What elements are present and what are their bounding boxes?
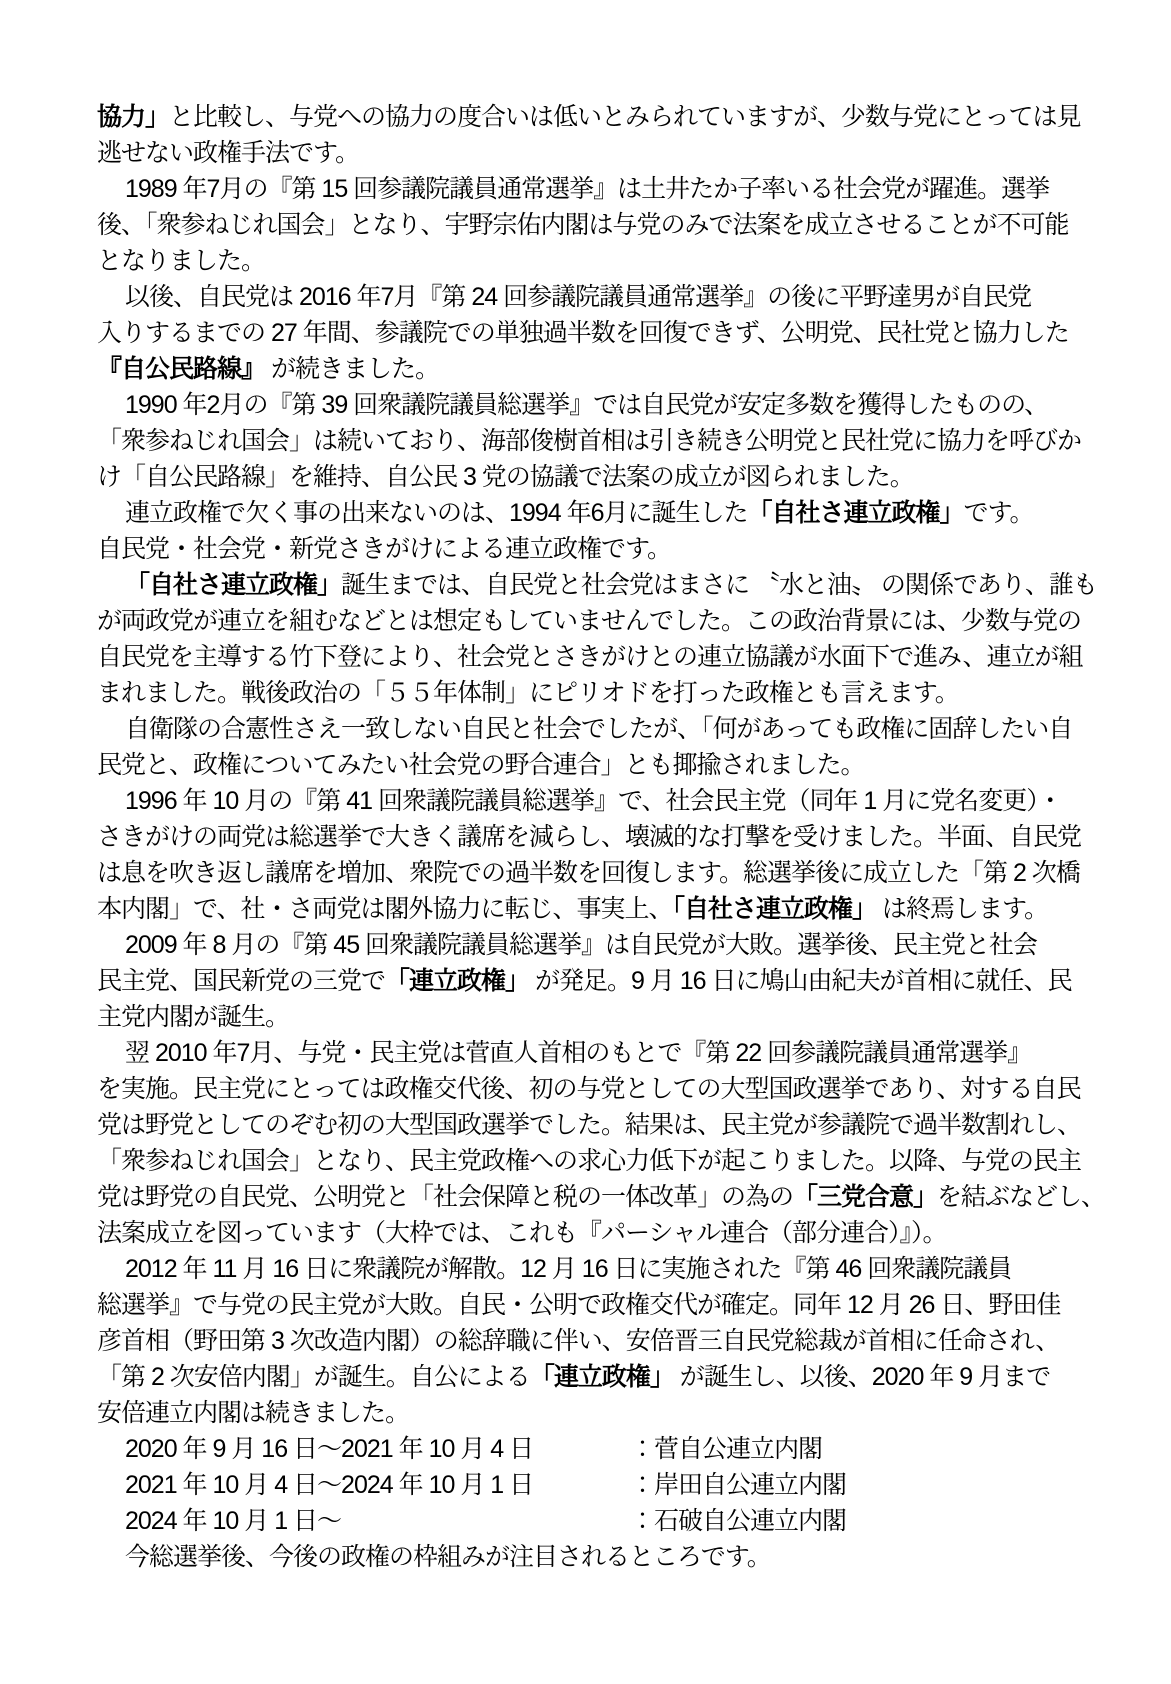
text-line: け「自公民路線」を維持、自公民 3 党の協議で法案の成立が図られました。	[97, 459, 1117, 495]
text-segment: 自民党を主導する竹下登により、社会党とさきがけとの連立協議が水面下で進み、連立が…	[97, 643, 1083, 671]
text-segment: 2012 年 11 月 16 日に衆議院が解散。12 月 16 日に実施された『…	[125, 1255, 1011, 1283]
text-line: は息を吹き返し議席を増加、衆院での過半数を回復します。総選挙後に成立した「第 2…	[97, 855, 1117, 891]
text-segment: は終焉します。	[876, 895, 1048, 923]
text-segment: が両政党が連立を組むなどとは想定もしていませんでした。この政治背景には、少数与党…	[97, 607, 1081, 635]
text-line: 2009 年 8 月の『第 45 回衆議院議員総選挙』は自民党が大敗。選挙後、民…	[97, 927, 1117, 963]
text-segment: 1990 年2月の『第 39 回衆議院議員総選挙』では自民党が安定多数を獲得した…	[125, 391, 1048, 419]
text-line: 1990 年2月の『第 39 回衆議院議員総選挙』では自民党が安定多数を獲得した…	[97, 387, 1117, 423]
text-segment: 自衛隊の合憲性さえ一致しない自民と社会でしたが、「何があっても政権に固辞したい自	[125, 715, 1072, 743]
text-segment: 自民党・社会党・新党さきがけによる連立政権です。	[97, 535, 671, 563]
timeline-line: 2024 年 10 月 1 日～：石破自公連立内閣	[97, 1503, 1117, 1539]
text-line: 「衆参ねじれ国会」は続いており、海部俊樹首相は引き続き公明党と民社党に協力を呼び…	[97, 423, 1117, 459]
text-segment: 連立政権で欠く事の出来ないのは、1994 年6月に誕生した	[125, 499, 747, 527]
text-line: を実施。民主党にとっては政権交代後、初の与党としての大型国政選挙であり、対する自…	[97, 1071, 1117, 1107]
text-line: まれました。戦後政治の「５５年体制」にピリオドを打った政権とも言えます。	[97, 675, 1117, 711]
text-line: 自民党・社会党・新党さきがけによる連立政権です。	[97, 531, 1117, 567]
bold-term: 「自社さ連立政権」	[747, 499, 963, 527]
text-segment: が続きました。	[265, 355, 439, 383]
text-line: 1996 年 10 月の『第 41 回衆議院議員総選挙』で、社会民主党（同年 1…	[97, 783, 1117, 819]
text-line: 自民党を主導する竹下登により、社会党とさきがけとの連立協議が水面下で進み、連立が…	[97, 639, 1117, 675]
text-segment: 党は野党としてのぞむ初の大型国政選挙でした。結果は、民主党が参議院で過半数割れし…	[97, 1111, 1081, 1139]
text-line: 「自社さ連立政権」誕生までは、自民党と社会党はまさに 〝水と油〟 の関係であり、…	[97, 567, 1117, 603]
text-segment: となりました。	[97, 247, 265, 275]
text-segment: 1996 年 10 月の『第 41 回衆議院議員総選挙』で、社会民主党（同年 1…	[125, 787, 1062, 815]
text-line: 2012 年 11 月 16 日に衆議院が解散。12 月 16 日に実施された『…	[97, 1251, 1117, 1287]
text-segment: け「自公民路線」を維持、自公民 3 党の協議で法案の成立が図られました。	[97, 463, 914, 491]
text-segment: 逃せない政権手法です。	[97, 139, 359, 167]
text-segment: 彦首相（野田第 3 次改造内閣）の総辞職に伴い、安倍晋三自民党総裁が首相に任命さ…	[97, 1327, 1059, 1355]
text-line: 本内閣」で、社・さ両党は閣外協力に転じ、事実上、「自社さ連立政権」 は終焉します…	[97, 891, 1117, 927]
text-line: 彦首相（野田第 3 次改造内閣）の総辞職に伴い、安倍晋三自民党総裁が首相に任命さ…	[97, 1323, 1117, 1359]
text-segment: が発足。9 月 16 日に鳩山由紀夫が首相に就任、民	[529, 967, 1072, 995]
text-segment: 1989 年7月の『第 15 回参議院議員通常選挙』は土井たか子率いる社会党が躍…	[125, 175, 1049, 203]
document-page: 協力」と比較し、与党への協力の度合いは低いとみられていますが、少数与党にとっては…	[0, 0, 1171, 1684]
text-line: 主党内閣が誕生。	[97, 999, 1117, 1035]
timeline-date: 2020 年 9 月 16 日～2021 年 10 月 4 日	[125, 1431, 630, 1467]
bold-term: 「自社さ連立政権」	[125, 571, 341, 599]
bold-term: 『自公民路線』	[97, 355, 265, 383]
text-line: 法案成立を図っています（大枠では、これも『パーシャル連合（部分連合）』）。	[97, 1215, 1117, 1251]
text-line: 逃せない政権手法です。	[97, 135, 1117, 171]
text-line: 翌 2010 年7月、与党・民主党は菅直人首相のもとで『第 22 回参議院議員通…	[97, 1035, 1117, 1071]
text-segment: 今総選挙後、今後の政権の枠組みが注目されるところです。	[125, 1543, 771, 1571]
text-segment: 「衆参ねじれ国会」となり、民主党政権への求心力低下が起こりました。以降、与党の民…	[97, 1147, 1081, 1175]
bold-term: 「連立政権」	[385, 967, 529, 995]
text-line: 入りするまでの 27 年間、参議院での単独過半数を回復できず、公明党、民社党と協…	[97, 315, 1117, 351]
text-segment: 法案成立を図っています（大枠では、これも『パーシャル連合（部分連合）』）。	[97, 1219, 947, 1247]
text-line: 協力」と比較し、与党への協力の度合いは低いとみられていますが、少数与党にとっては…	[97, 99, 1117, 135]
text-segment: 誕生までは、自民党と社会党はまさに 〝水と油〟 の関係であり、誰も	[341, 571, 1097, 599]
text-segment: さきがけの両党は総選挙で大きく議席を減らし、壊滅的な打撃を受けました。半面、自民…	[97, 823, 1081, 851]
text-segment: 翌 2010 年7月、与党・民主党は菅直人首相のもとで『第 22 回参議院議員通…	[125, 1039, 1031, 1067]
text-segment: を実施。民主党にとっては政権交代後、初の与党としての大型国政選挙であり、対する自…	[97, 1075, 1081, 1103]
text-segment: は息を吹き返し議席を増加、衆院での過半数を回復します。総選挙後に成立した「第 2…	[97, 859, 1080, 887]
text-segment: を結ぶなどし、	[937, 1183, 1105, 1211]
text-line: 1989 年7月の『第 15 回参議院議員通常選挙』は土井たか子率いる社会党が躍…	[97, 171, 1117, 207]
text-segment: 民主党、国民新党の三党で	[97, 967, 385, 995]
text-segment: 後、「衆参ねじれ国会」となり、宇野宗佑内閣は与党のみで法案を成立させることが不可…	[97, 211, 1069, 239]
bold-term: 「自社さ連立政権」	[673, 895, 877, 923]
text-segment: まれました。戦後政治の「５５年体制」にピリオドを打った政権とも言えます。	[97, 679, 959, 707]
text-line: 今総選挙後、今後の政権の枠組みが注目されるところです。	[97, 1539, 1117, 1575]
text-line: 「衆参ねじれ国会」となり、民主党政権への求心力低下が起こりました。以降、与党の民…	[97, 1143, 1117, 1179]
text-line: が両政党が連立を組むなどとは想定もしていませんでした。この政治背景には、少数与党…	[97, 603, 1117, 639]
text-segment: 総選挙』で与党の民主党が大敗。自民・公明で政権交代が確定。同年 12 月 26 …	[97, 1291, 1060, 1319]
text-line: 連立政権で欠く事の出来ないのは、1994 年6月に誕生した「自社さ連立政権」です…	[97, 495, 1117, 531]
timeline-line: 2021 年 10 月 4 日～2024 年 10 月 1 日：岸田自公連立内閣	[97, 1467, 1117, 1503]
timeline-cabinet: ：菅自公連立内閣	[630, 1435, 822, 1463]
text-line: 後、「衆参ねじれ国会」となり、宇野宗佑内閣は与党のみで法案を成立させることが不可…	[97, 207, 1117, 243]
document-body: 協力」と比較し、与党への協力の度合いは低いとみられていますが、少数与党にとっては…	[97, 99, 1117, 1575]
text-line: さきがけの両党は総選挙で大きく議席を減らし、壊滅的な打撃を受けました。半面、自民…	[97, 819, 1117, 855]
text-line: 自衛隊の合憲性さえ一致しない自民と社会でしたが、「何があっても政権に固辞したい自	[97, 711, 1117, 747]
text-line: 総選挙』で与党の民主党が大敗。自民・公明で政権交代が確定。同年 12 月 26 …	[97, 1287, 1117, 1323]
text-line: となりました。	[97, 243, 1117, 279]
timeline-line: 2020 年 9 月 16 日～2021 年 10 月 4 日：菅自公連立内閣	[97, 1431, 1117, 1467]
text-segment: 民党と、政権についてみたい社会党の野合連合」とも揶揄されました。	[97, 751, 865, 779]
text-line: 党は野党の自民党、公明党と「社会保障と税の一体改革」の為の「三党合意」を結ぶなど…	[97, 1179, 1117, 1215]
text-line: 民党と、政権についてみたい社会党の野合連合」とも揶揄されました。	[97, 747, 1117, 783]
timeline-date: 2024 年 10 月 1 日～	[125, 1503, 630, 1539]
text-line: 以後、自民党は 2016 年7月『第 24 回参議院議員通常選挙』の後に平野達男…	[97, 279, 1117, 315]
text-segment: 入りするまでの 27 年間、参議院での単独過半数を回復できず、公明党、民社党と協…	[97, 319, 1069, 347]
timeline-cabinet: ：石破自公連立内閣	[630, 1507, 846, 1535]
text-segment: 2009 年 8 月の『第 45 回衆議院議員総選挙』は自民党が大敗。選挙後、民…	[125, 931, 1037, 959]
text-line: 民主党、国民新党の三党で「連立政権」 が発足。9 月 16 日に鳩山由紀夫が首相…	[97, 963, 1117, 999]
text-segment: 党は野党の自民党、公明党と「社会保障と税の一体改革」の為の	[97, 1183, 793, 1211]
text-line: 党は野党としてのぞむ初の大型国政選挙でした。結果は、民主党が参議院で過半数割れし…	[97, 1107, 1117, 1143]
bold-term: 「三党合意」	[793, 1183, 937, 1211]
text-line: 『自公民路線』 が続きました。	[97, 351, 1117, 387]
text-segment: と比較し、与党への協力の度合いは低いとみられていますが、少数与党にとっては見	[169, 103, 1081, 131]
timeline-cabinet: ：岸田自公連立内閣	[630, 1471, 846, 1499]
text-segment: 安倍連立内閣は続きました。	[97, 1399, 409, 1427]
text-segment: が誕生し、以後、2020 年 9 月まで	[674, 1363, 1050, 1391]
text-segment: 本内閣」で、社・さ両党は閣外協力に転じ、事実上、	[97, 895, 673, 923]
bold-term: 「連立政権」	[530, 1363, 674, 1391]
text-line: 安倍連立内閣は続きました。	[97, 1395, 1117, 1431]
text-segment: 「第 2 次安倍内閣」が誕生。自公による	[97, 1363, 530, 1391]
text-line: 「第 2 次安倍内閣」が誕生。自公による「連立政権」 が誕生し、以後、2020 …	[97, 1359, 1117, 1395]
text-segment: 「衆参ねじれ国会」は続いており、海部俊樹首相は引き続き公明党と民社党に協力を呼び…	[97, 427, 1081, 455]
bold-term: 協力」	[97, 103, 169, 131]
timeline-date: 2021 年 10 月 4 日～2024 年 10 月 1 日	[125, 1467, 630, 1503]
text-segment: です。	[963, 499, 1033, 527]
text-segment: 主党内閣が誕生。	[97, 1003, 289, 1031]
text-segment: 以後、自民党は 2016 年7月『第 24 回参議院議員通常選挙』の後に平野達男…	[125, 283, 1031, 311]
